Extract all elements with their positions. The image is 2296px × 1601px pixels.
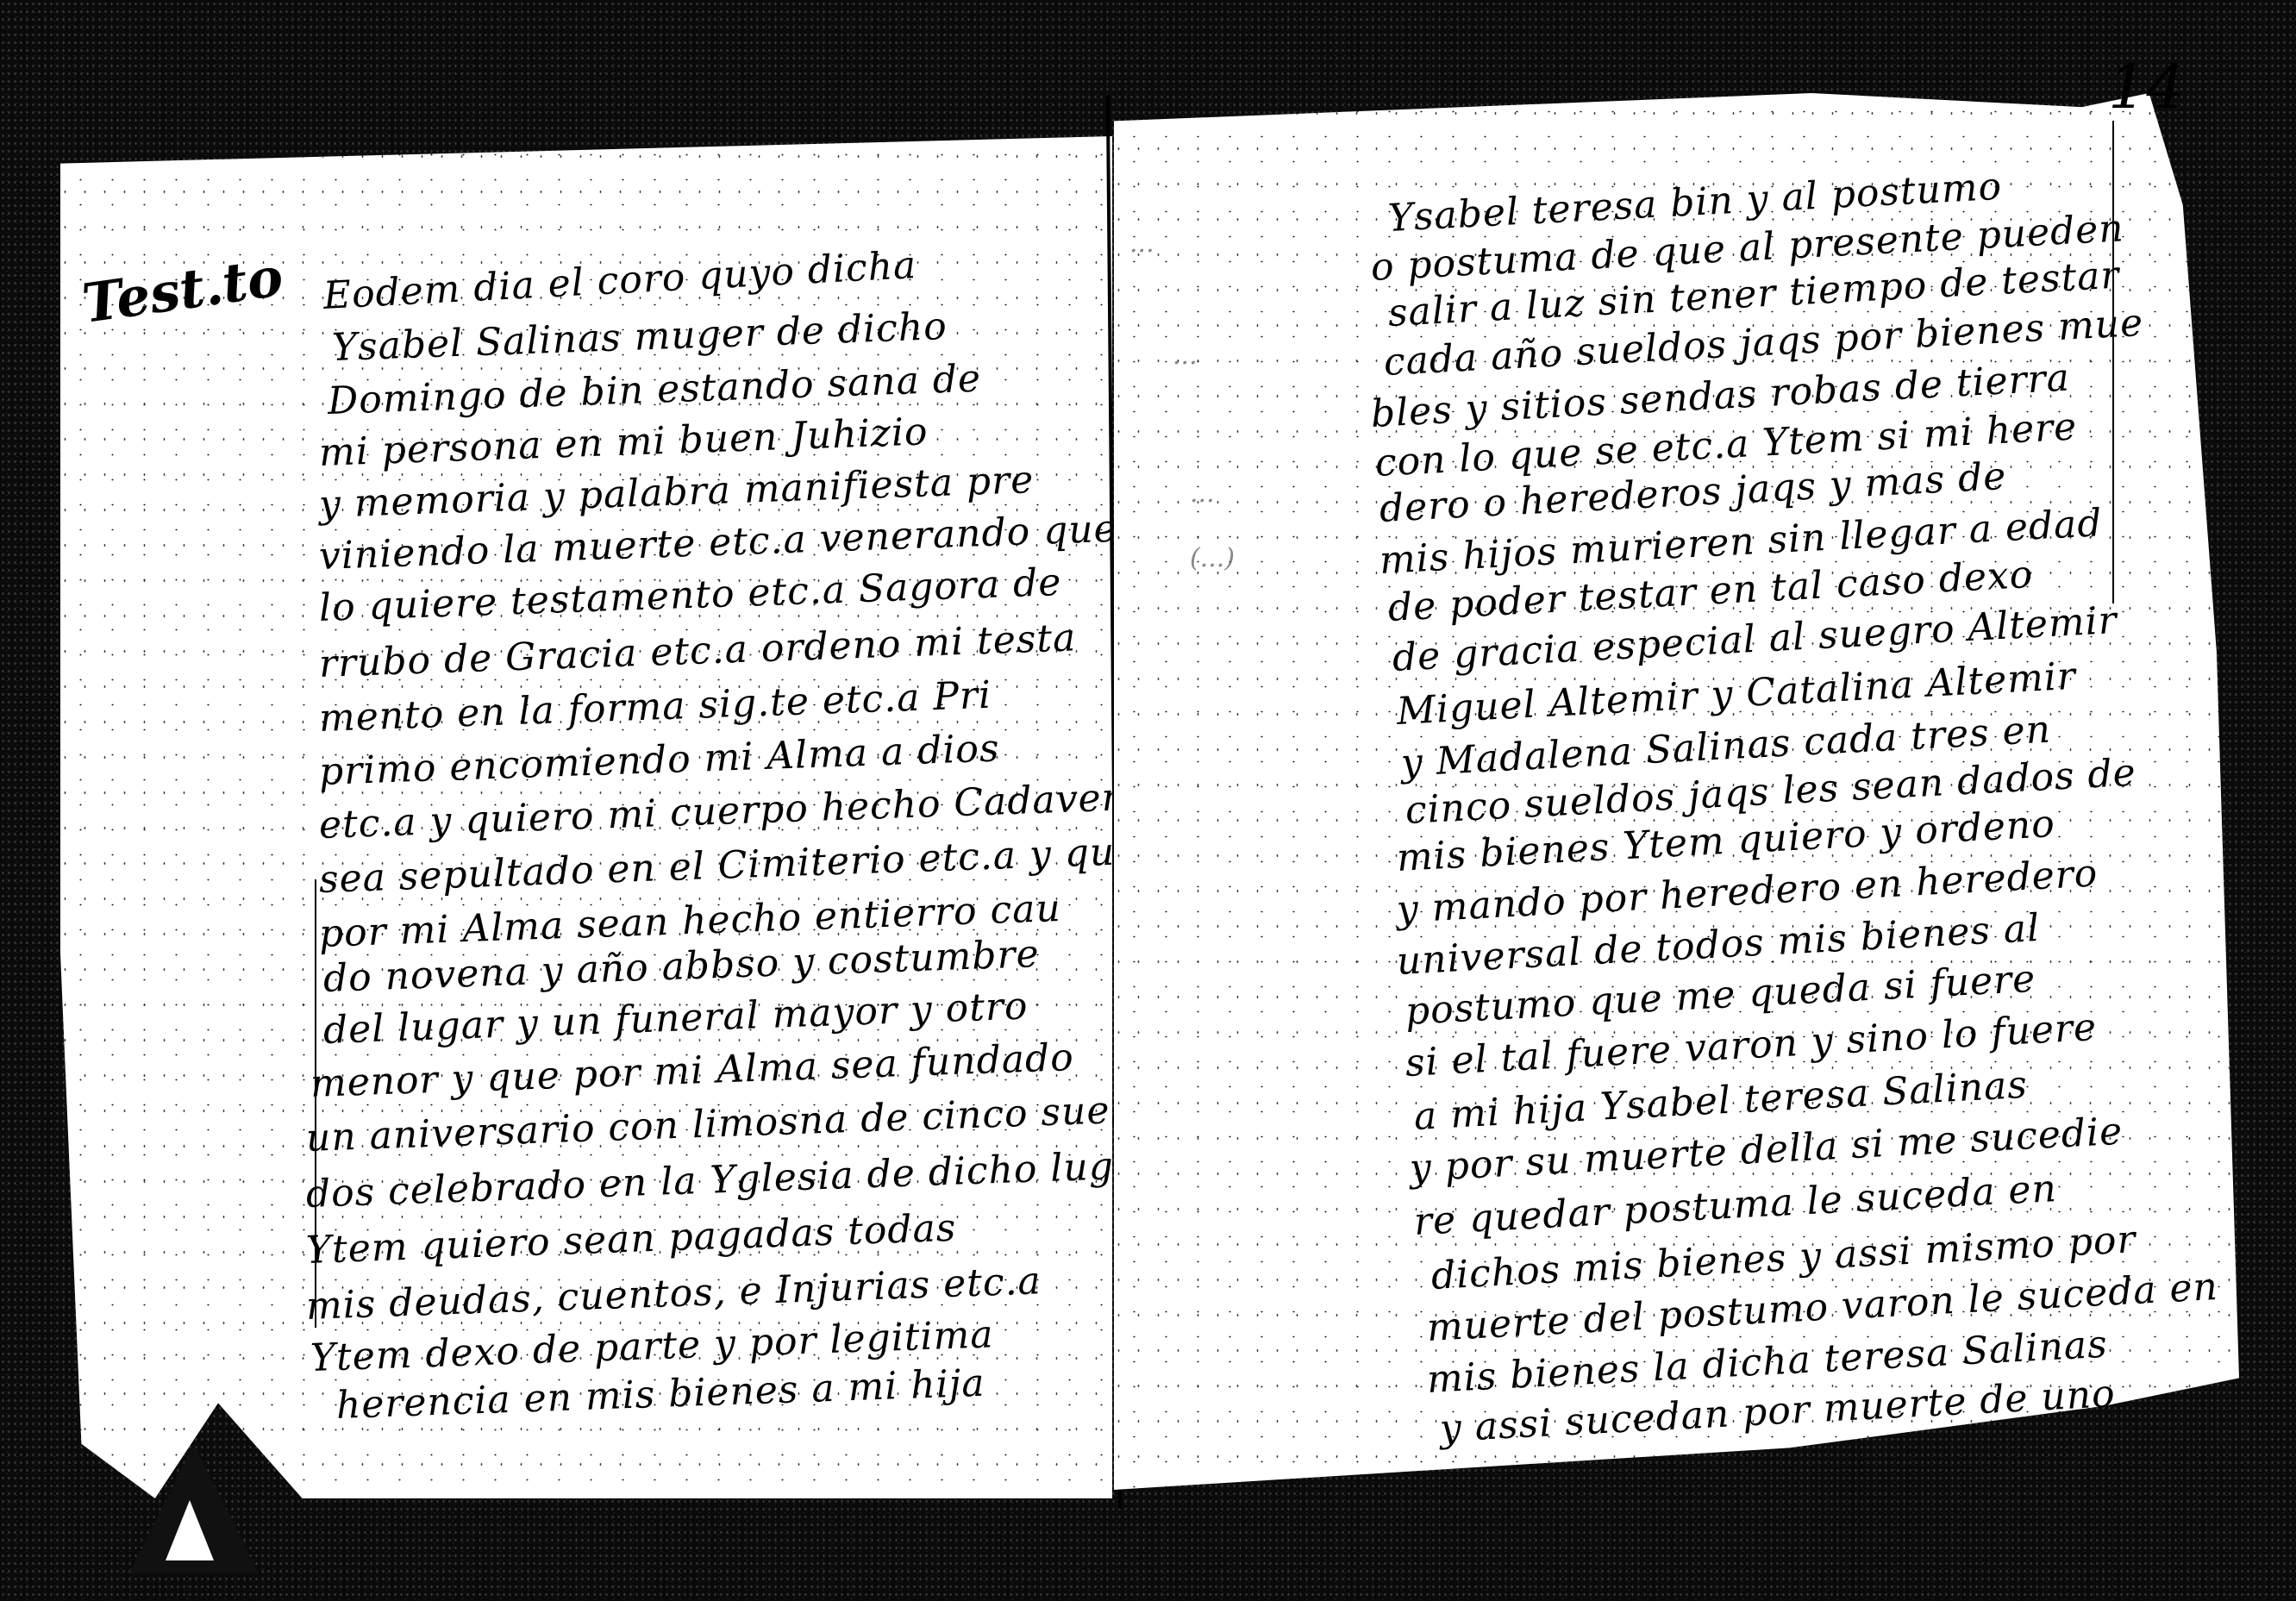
faint-marginal-note: ... [1129, 228, 1154, 259]
ribbon-bookmark-inner [166, 1500, 214, 1560]
faint-marginal-note: ... [1190, 478, 1215, 509]
right-page-margin-rule [2112, 121, 2114, 604]
faint-marginal-note: ... [1173, 341, 1198, 371]
page-number: 14 [2108, 52, 2185, 122]
faint-marginal-note: (...) [1190, 543, 1235, 573]
